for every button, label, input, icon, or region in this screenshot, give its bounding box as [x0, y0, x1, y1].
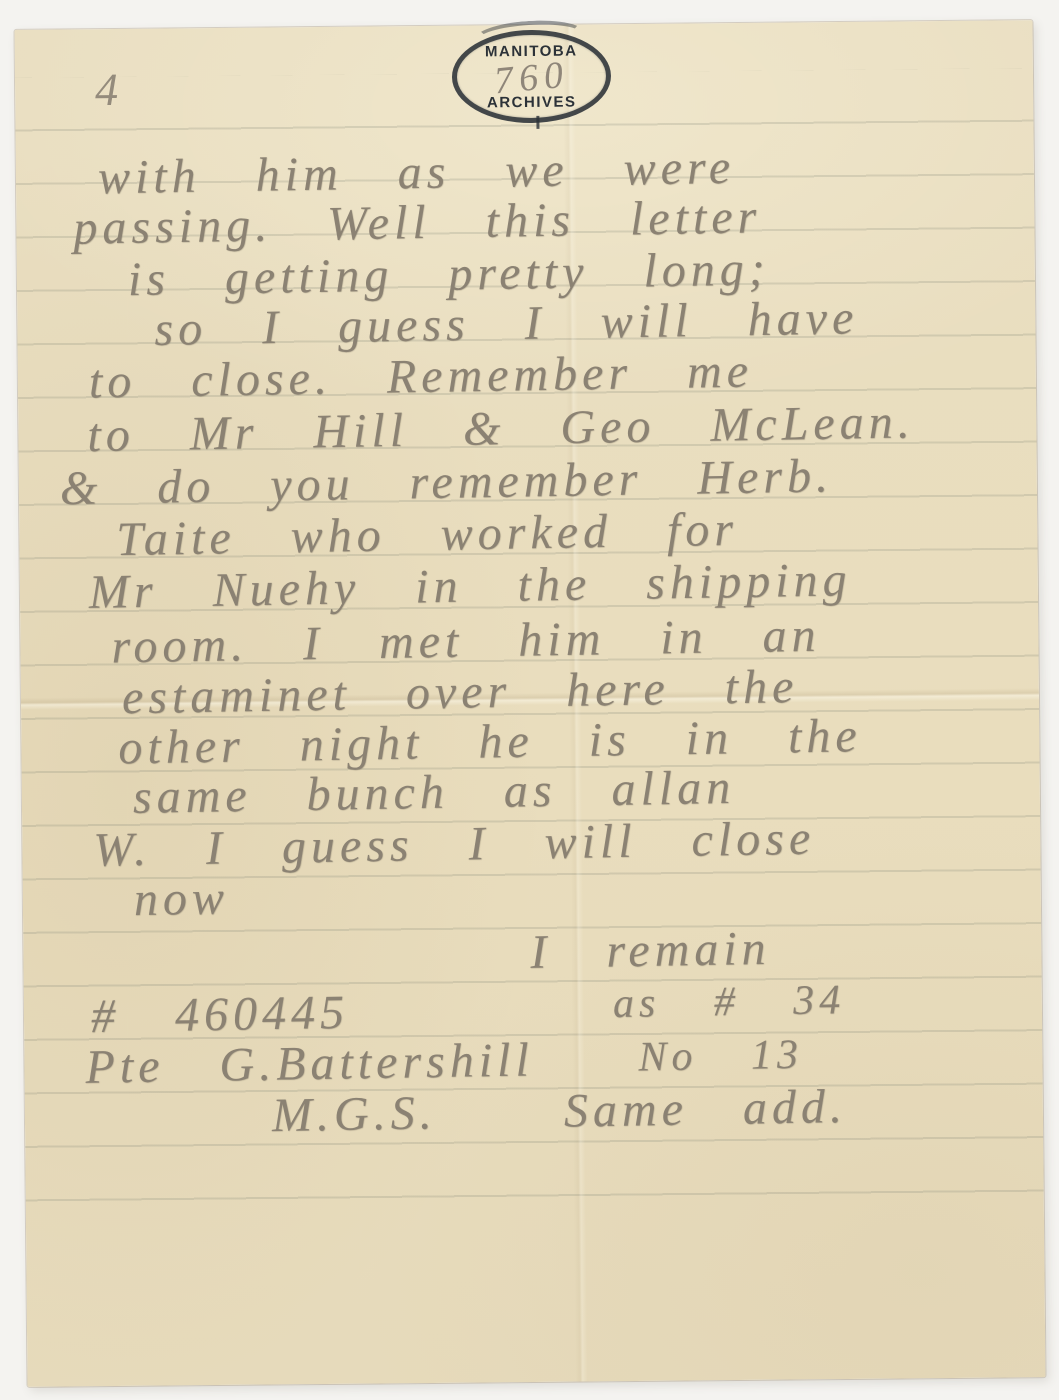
scanned-letter-page: 4 MANITOBA 760 ARCHIVES with him as we w… — [0, 0, 1059, 1400]
signature-unit: M.G.S. — [272, 1089, 437, 1140]
signature-note-3: Same add. — [564, 1083, 848, 1136]
stamp-registration-tick — [536, 116, 539, 129]
handwritten-line: now — [133, 875, 229, 925]
letter-paper: 4 MANITOBA 760 ARCHIVES with him as we w… — [15, 20, 1046, 1387]
signature-name: Pte G.Battershill — [85, 1036, 534, 1091]
handwritten-line: Taite who worked for — [116, 506, 738, 564]
signature-note-1: as # 34 — [613, 979, 846, 1025]
handwritten-line: other night he is in the — [118, 712, 862, 772]
handwritten-line: to close. Remember me — [89, 348, 754, 407]
archive-stamp: MANITOBA 760 ARCHIVES — [452, 29, 612, 124]
handwritten-line: W. I guess I will close — [93, 815, 816, 875]
handwritten-line: Mr Nuehy in the shipping — [89, 556, 852, 617]
signature-note-2: No 13 — [638, 1034, 803, 1079]
handwritten-line: so I guess I will have — [154, 294, 859, 354]
page-number: 4 — [95, 63, 119, 116]
closing-line: I remain — [530, 925, 771, 977]
handwritten-line: same bunch as allan — [132, 764, 735, 822]
stamp-org-text: ARCHIVES — [452, 93, 611, 112]
signature-service-number: # 460445 — [91, 989, 350, 1041]
